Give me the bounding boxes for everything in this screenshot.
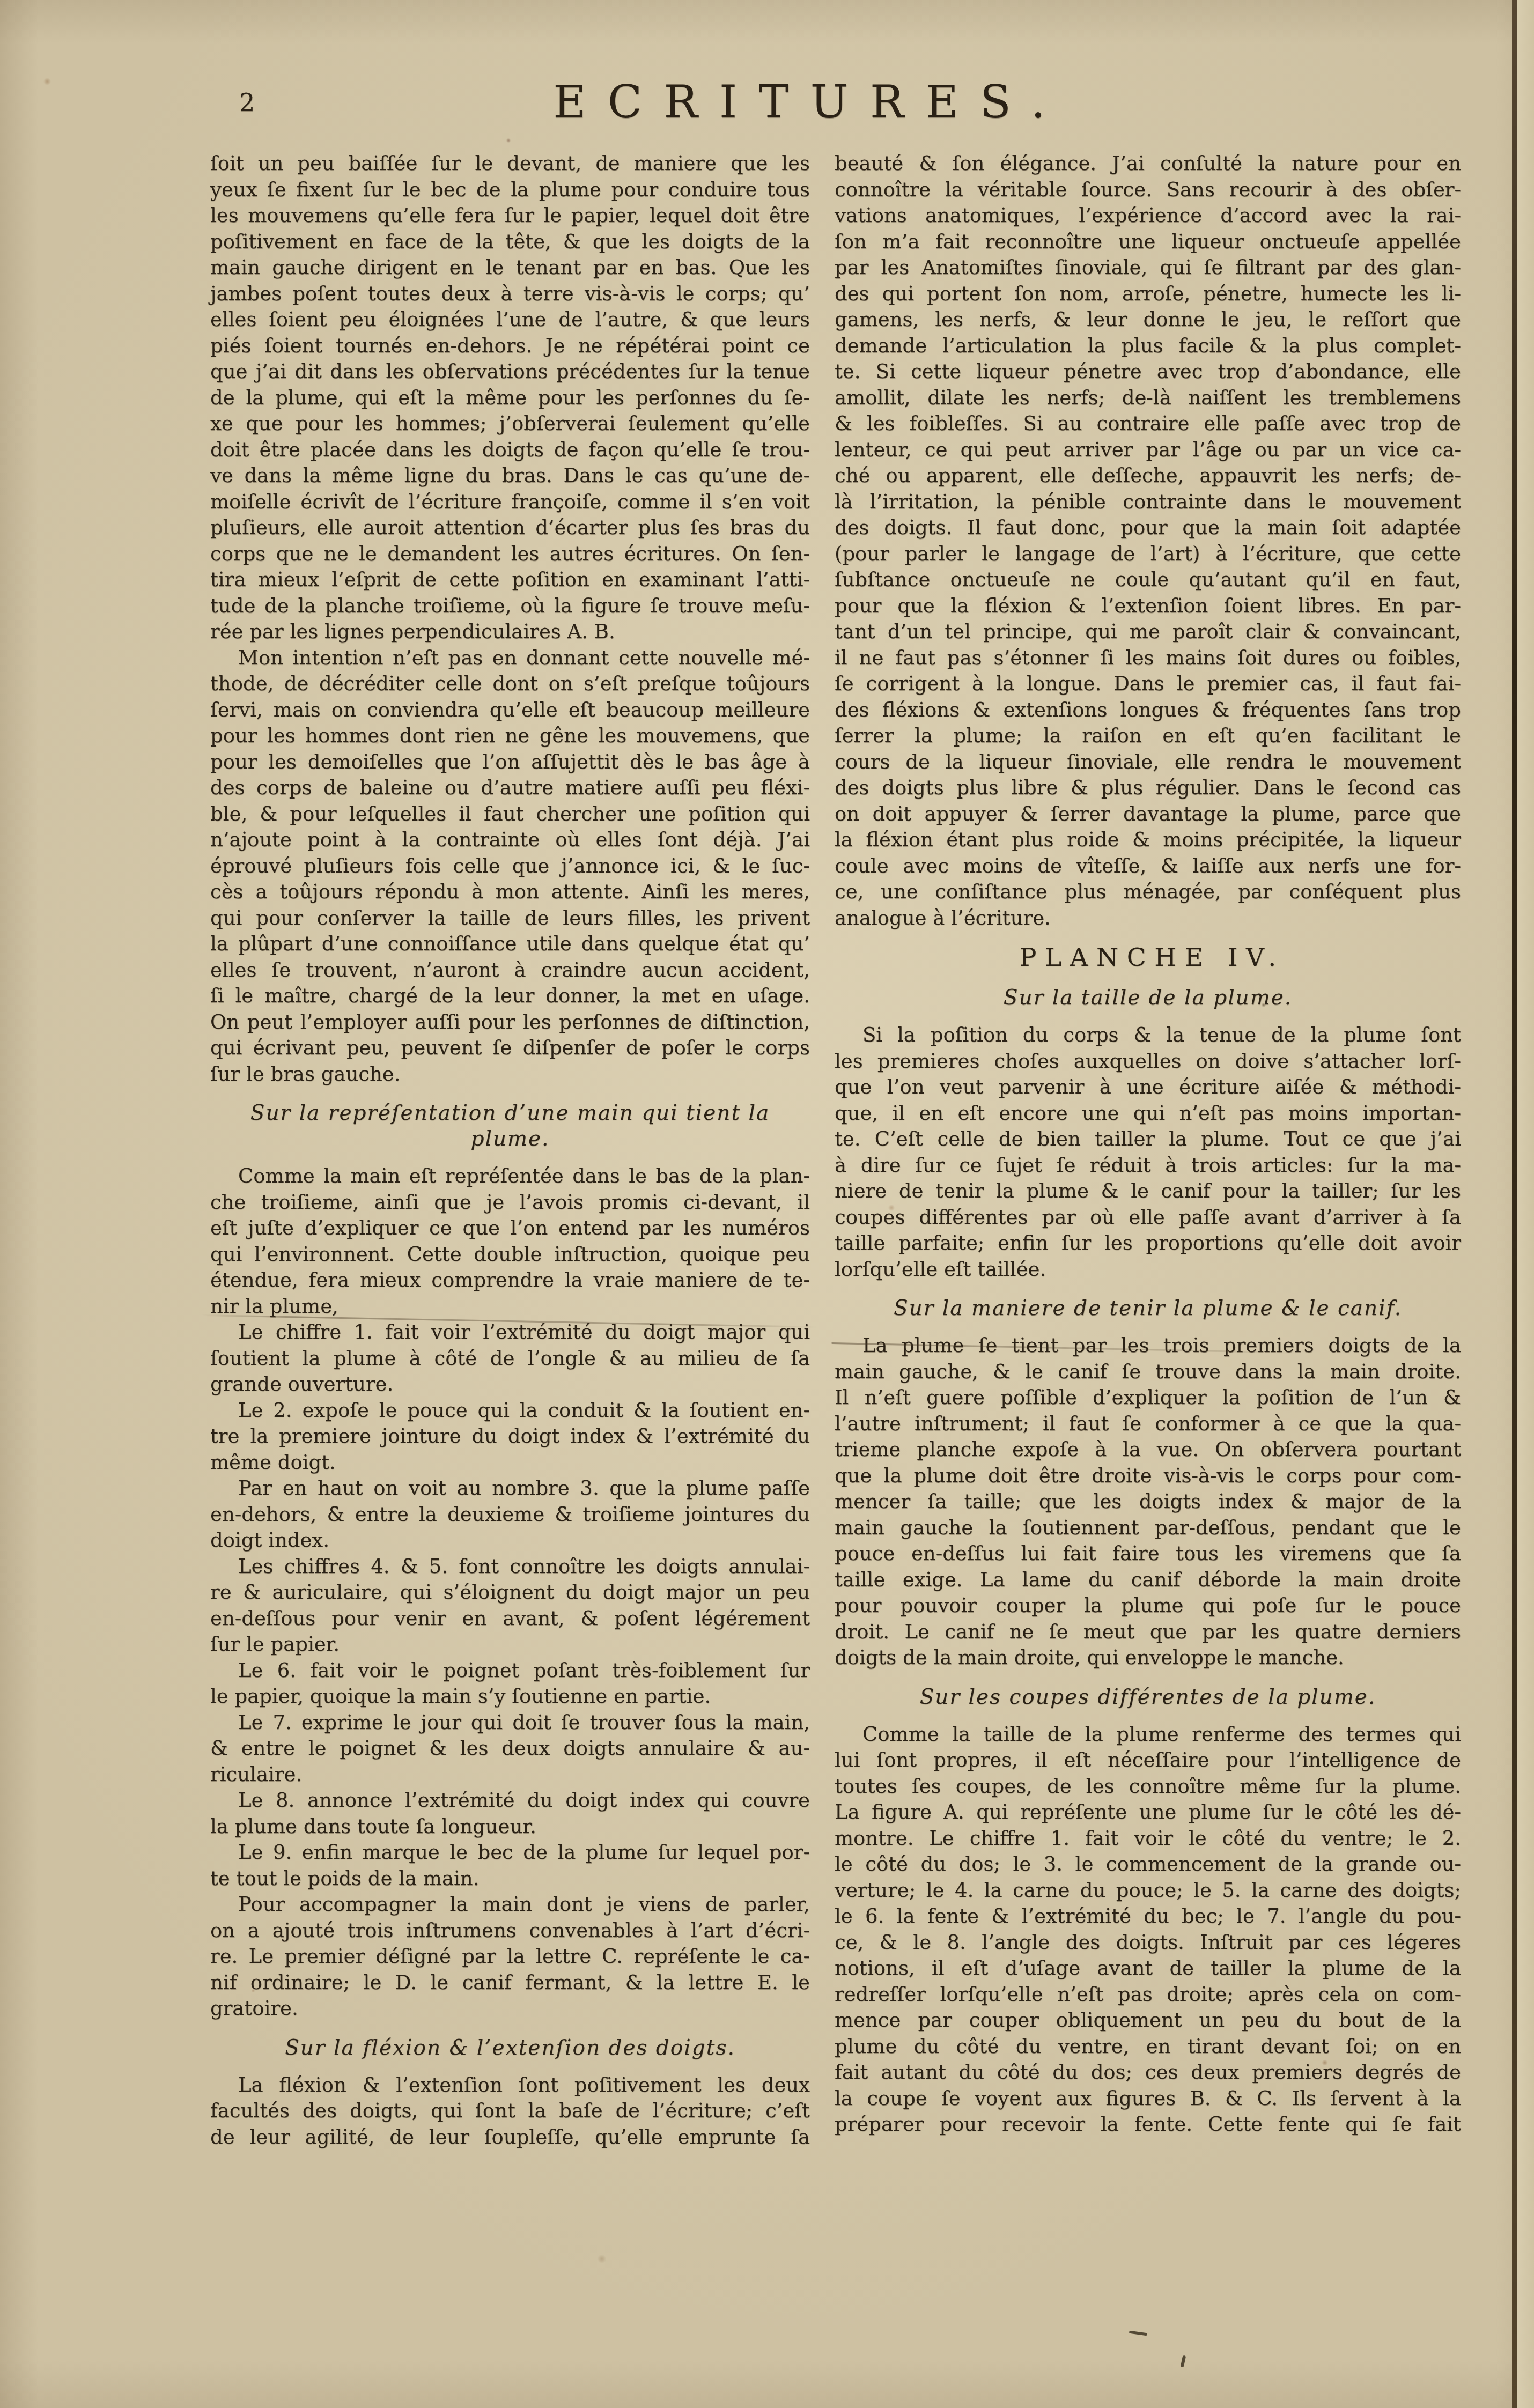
text-line: en-deſſous pour venir en avant, & poſent… (210, 1606, 810, 1632)
text-line: verture; le 4. la carne du pouce; le 5. … (835, 1878, 1461, 1904)
text-line: lorſqu’elle eſt taillée. (835, 1257, 1461, 1283)
text-line: connoître la véritable ſource. Sans reco… (835, 177, 1461, 203)
page-title: ECRITURES. (208, 75, 1390, 129)
book-page: 2 ECRITURES. ſoit un peu baiſſée ſur le … (0, 0, 1534, 2408)
text-line: Mon intention n’eſt pas en donnant cette… (210, 645, 810, 671)
text-line: qui écrivant peu, peuvent ſe diſpenſer d… (210, 1035, 810, 1061)
text-line: éprouvé pluſieurs fois celle que j’annon… (210, 853, 810, 880)
text-line: n’ajoute point à la contrainte où elles … (210, 827, 810, 853)
text-line: toutes ſes coupes, de les connoître même… (835, 1774, 1461, 1800)
text-line: facultés des doigts, qui ſont la baſe de… (210, 2098, 810, 2124)
text-line: Comme la taille de la plume renferme des… (835, 1722, 1461, 1748)
text-line: (pour parler le langage de l’art) à l’éc… (835, 541, 1461, 567)
text-line: re. Le premier déſigné par la lettre C. … (210, 1944, 810, 1970)
section-heading: Sur la repréſentation d’une main qui tie… (210, 1100, 810, 1152)
text-line: corps que ne le demandent les autres écr… (210, 541, 810, 567)
ink-speck (1129, 2331, 1147, 2336)
text-line: tira mieux l’eſprit de cette poſition en… (210, 567, 810, 593)
text-line: notions, il eſt d’uſage avant de tailler… (835, 1955, 1461, 1982)
text-line: préparer pour recevoir la fente. Cette f… (835, 2111, 1461, 2138)
text-line: coule avec moins de vîteſſe, & laiſſe au… (835, 853, 1461, 880)
text-line: des qui portent ſon nom, arroſe, pénetre… (835, 281, 1461, 307)
text-line: lui ſont propres, il eſt néceſſaire pour… (835, 1747, 1461, 1774)
text-line: montre. Le chiffre 1. fait voir le côté … (835, 1826, 1461, 1852)
text-line: lenteur, ce qui peut arriver par l’âge o… (835, 437, 1461, 463)
text-line: beauté & ſon élégance. J’ai conſulté la … (835, 151, 1461, 177)
text-line: que, il en eſt encore une qui n’eſt pas … (835, 1100, 1461, 1127)
text-line: te. Si cette liqueur pénetre avec trop d… (835, 359, 1461, 385)
text-column-right: beauté & ſon élégance. J’ai conſulté la … (835, 151, 1461, 2138)
text-line: main gauche, & le canif ſe trouve dans l… (835, 1359, 1461, 1385)
text-line: tant d’un tel principe, qui me paroît cl… (835, 619, 1461, 645)
section-heading: Sur la taille de la plume. (835, 985, 1461, 1011)
text-line: ſe corrigent à la longue. Dans le premie… (835, 671, 1461, 697)
text-line: ce, une conſiſtance plus ménagée, par co… (835, 879, 1461, 905)
text-line: amollit, dilate les nerfs; de-là naiſſen… (835, 385, 1461, 411)
text-line: gamens, les nerfs, & leur donne le jeu, … (835, 307, 1461, 333)
text-line: re & auriculaire, qui s’éloignent du doi… (210, 1579, 810, 1606)
text-line: la plume dans toute ſa longueur. (210, 1814, 810, 1840)
text-line: tude de la planche troiſieme, où la figu… (210, 593, 810, 619)
text-line: le papier, quoique la main s’y ſoutienne… (210, 1683, 810, 1710)
text-line: on a ajouté trois inſtrumens convenables… (210, 1918, 810, 1944)
text-line: On peut l’employer auſſi pour les perſon… (210, 1009, 810, 1036)
text-line: les mouvemens qu’elle fera ſur le papier… (210, 203, 810, 229)
text-line: xe que pour les hommes; j’obſerverai ſeu… (210, 411, 810, 437)
text-line: demande l’articulation la plus facile & … (835, 333, 1461, 359)
text-line: elles ſoient peu éloignées l’une de l’au… (210, 307, 810, 333)
text-line: & les foibleſſes. Si au contraire elle p… (835, 411, 1461, 437)
text-line: que j’ai dit dans les obſervations précé… (210, 359, 810, 385)
text-line: la coupe ſe voyent aux figures B. & C. I… (835, 2086, 1461, 2112)
section-heading: Sur la maniere de tenir la plume & le ca… (835, 1296, 1461, 1321)
text-line: la plûpart d’une connoiſſance utile dans… (210, 931, 810, 957)
text-line: coupes différentes par où elle paſſe ava… (835, 1205, 1461, 1231)
text-line: droit. Le canif ne ſe meut que par les q… (835, 1619, 1461, 1645)
text-line: ſubſtance onctueuſe ne coule qu’autant q… (835, 567, 1461, 593)
text-line: l’autre inſtrument; il faut ſe conformer… (835, 1411, 1461, 1437)
text-line: le 6. la fente & l’extrémité du bec; le … (835, 1903, 1461, 1930)
text-line: Le 7. exprime le jour qui doit ſe trouve… (210, 1710, 810, 1736)
text-line: yeux ſe fixent ſur le bec de la plume po… (210, 177, 810, 203)
text-line: pouce en-deſſus lui fait faire tous les … (835, 1541, 1461, 1567)
text-line: taille exige. La lame du canif déborde l… (835, 1567, 1461, 1593)
text-line: tre la premiere jointure du doigt index … (210, 1423, 810, 1450)
text-line: des doigts plus libre & plus régulier. D… (835, 775, 1461, 801)
text-line: La figure A. qui repréſente une plume ſu… (835, 1799, 1461, 1826)
text-line: Le chiffre 1. fait voir l’extrémité du d… (210, 1319, 810, 1346)
text-line: Le 8. annonce l’extrémité du doigt index… (210, 1787, 810, 1814)
text-line: vations anatomiques, l’expérience d’acco… (835, 203, 1461, 229)
text-line: ſerrer la plume; la raiſon en eſt qu’en … (835, 723, 1461, 749)
text-line: là l’irritation, la pénible contrainte d… (835, 489, 1461, 515)
text-line: des corps de baleine ou d’autre matiere … (210, 775, 810, 801)
text-line: redreſſer lorſqu’elle n’eſt pas droite; … (835, 1982, 1461, 2008)
text-line: ſur le bras gauche. (210, 1061, 810, 1088)
next-page-edge (1517, 0, 1534, 2408)
text-line: main gauche dirigent en le tenant par en… (210, 255, 810, 281)
text-line: qui pour conſerver la taille de leurs fi… (210, 905, 810, 932)
text-line: elles ſe trouvent, n’auront à craindre a… (210, 957, 810, 984)
text-line: en-dehors, & entre la deuxieme & troiſie… (210, 1502, 810, 1528)
text-line: che troiſieme, ainſi que je l’avois prom… (210, 1190, 810, 1216)
text-line: ſoutient la plume à côté de l’ongle & au… (210, 1346, 810, 1372)
text-line: thode, de décréditer celle dont on s’eſt… (210, 671, 810, 697)
text-line: Pour accompagner la main dont je viens d… (210, 1892, 810, 1918)
text-line: ſon m’a fait reconnoître une liqueur onc… (835, 229, 1461, 255)
text-line: qui l’environnent. Cette double inſtruct… (210, 1242, 810, 1268)
ink-speck (1181, 2355, 1186, 2368)
text-line: ce, & le 8. l’angle des doigts. Inſtruit… (835, 1930, 1461, 1956)
text-line: on doit appuyer & ſerrer davantage la pl… (835, 801, 1461, 828)
text-line: pour que la fléxion & l’extenſion ſoient… (835, 593, 1461, 619)
text-line: le côté du dos; le 3. le commencement de… (835, 1851, 1461, 1878)
text-line: ſi le maître, chargé de la leur donner, … (210, 983, 810, 1009)
section-heading: Sur la fléxion & l’extenſion des doigts. (210, 2035, 810, 2061)
text-line: Le 9. enfin marque le bec de la plume ſu… (210, 1840, 810, 1866)
text-line: pour les demoiſelles que l’on aſſujettit… (210, 749, 810, 775)
text-line: cours de la liqueur ſinoviale, elle rend… (835, 749, 1461, 775)
text-line: gratoire. (210, 1996, 810, 2022)
text-line: les premieres choſes auxquelles on doive… (835, 1048, 1461, 1075)
text-line: La fléxion & l’extenſion ſont poſitiveme… (210, 2072, 810, 2099)
section-heading: Sur les coupes différentes de la plume. (835, 1685, 1461, 1710)
text-line: pluſieurs, elle auroit attention d’écart… (210, 515, 810, 541)
text-line: eſt juſte d’expliquer ce que l’on entend… (210, 1215, 810, 1242)
text-line: plume du côté du ventre, en tirant devan… (835, 2034, 1461, 2060)
text-line: & entre le poignet & les deux doigts ann… (210, 1735, 810, 1762)
text-line: cès a toûjours répondu à mon attente. Ai… (210, 879, 810, 905)
text-line: piés ſoient tournés en-dehors. Je ne rép… (210, 333, 810, 359)
text-line: la fléxion étant plus roide & moins préc… (835, 827, 1461, 853)
text-line: doigt index. (210, 1527, 810, 1554)
text-line: ſoit un peu baiſſée ſur le devant, de ma… (210, 151, 810, 177)
text-line: des fléxions & extenſions longues & fréq… (835, 697, 1461, 723)
text-line: Comme la main eſt repréſentée dans le ba… (210, 1163, 810, 1190)
text-line: de leur agilité, de leur ſoupleſſe, qu’e… (210, 2124, 810, 2151)
text-line: grande ouverture. (210, 1371, 810, 1398)
text-line: taille parfaite; enfin ſur les proportio… (835, 1230, 1461, 1257)
text-line: fait autant du côté du dos; ces deux pre… (835, 2059, 1461, 2086)
text-line: doigts de la main droite, qui enveloppe … (835, 1645, 1461, 1671)
text-line: Le 6. fait voir le poignet poſant très-f… (210, 1658, 810, 1684)
text-line: ve dans la même ligne du bras. Dans le c… (210, 463, 810, 489)
text-line: nif ordinaire; le D. le canif fermant, &… (210, 1970, 810, 1996)
text-line: Par en haut on voit au nombre 3. que la … (210, 1475, 810, 1502)
text-line: pour les hommes dont rien ne gêne les mo… (210, 723, 810, 749)
text-line: Il n’eſt guere poſſible d’expliquer la p… (835, 1385, 1461, 1411)
text-line: mencer ſa taille; que les doigts index &… (835, 1489, 1461, 1515)
text-column-left: ſoit un peu baiſſée ſur le devant, de ma… (210, 151, 810, 2150)
text-line: que l’on veut parvenir à une écriture ai… (835, 1074, 1461, 1100)
text-line: mence par couper obliquement un peu du b… (835, 2007, 1461, 2034)
text-line: nir la plume, (210, 1294, 810, 1320)
text-line: par les Anatomiſtes ſinoviale, qui ſe fi… (835, 255, 1461, 281)
text-line: Si la poſition du corps & la tenue de la… (835, 1022, 1461, 1048)
text-line: de la plume, qui eſt la même pour les pe… (210, 385, 810, 411)
text-line: que la plume doit être droite vis-à-vis … (835, 1463, 1461, 1489)
text-line: main gauche la ſoutiennent par-deſſous, … (835, 1515, 1461, 1541)
text-line: même doigt. (210, 1450, 810, 1476)
text-line: moiſelle écrivît de l’écriture françoiſe… (210, 489, 810, 515)
text-line: pour pouvoir couper la plume qui poſe ſu… (835, 1593, 1461, 1619)
text-line: te tout le poids de la main. (210, 1866, 810, 1892)
text-line: ché ou apparent, elle deſſeche, appauvri… (835, 463, 1461, 489)
text-line: riculaire. (210, 1762, 810, 1788)
text-line: te. C’eſt celle de bien tailler la plume… (835, 1126, 1461, 1153)
text-line: niere de tenir la plume & le canif pour … (835, 1178, 1461, 1205)
text-line: il ne faut pas s’étonner ſi les mains ſo… (835, 645, 1461, 671)
plate-heading: PLANCHE IV. (835, 944, 1461, 972)
text-line: trieme planche expoſe à la vue. On obſer… (835, 1437, 1461, 1463)
page-edge (1512, 0, 1517, 2408)
text-line: Le 2. expoſe le pouce qui la conduit & l… (210, 1398, 810, 1424)
text-line: ble, & pour leſquelles il faut chercher … (210, 801, 810, 828)
text-line: des doigts. Il faut donc, pour que la ma… (835, 515, 1461, 541)
text-line: rée par les lignes perpendiculaires A. B… (210, 619, 810, 645)
text-line: jambes poſent toutes deux à terre vis-à-… (210, 281, 810, 307)
text-line: poſitivement en face de la tête, & que l… (210, 229, 810, 255)
text-line: analogue à l’écriture. (835, 905, 1461, 932)
text-line: ſervi, mais on conviendra qu’elle eſt be… (210, 697, 810, 723)
text-line: doit être placée dans les doigts de faço… (210, 437, 810, 463)
text-line: à dire ſur ce ſujet ſe réduit à trois ar… (835, 1153, 1461, 1179)
text-line: Les chiffres 4. & 5. font connoître les … (210, 1554, 810, 1580)
text-line: ſur le papier. (210, 1631, 810, 1658)
text-line: étendue, fera mieux comprendre la vraie … (210, 1267, 810, 1294)
